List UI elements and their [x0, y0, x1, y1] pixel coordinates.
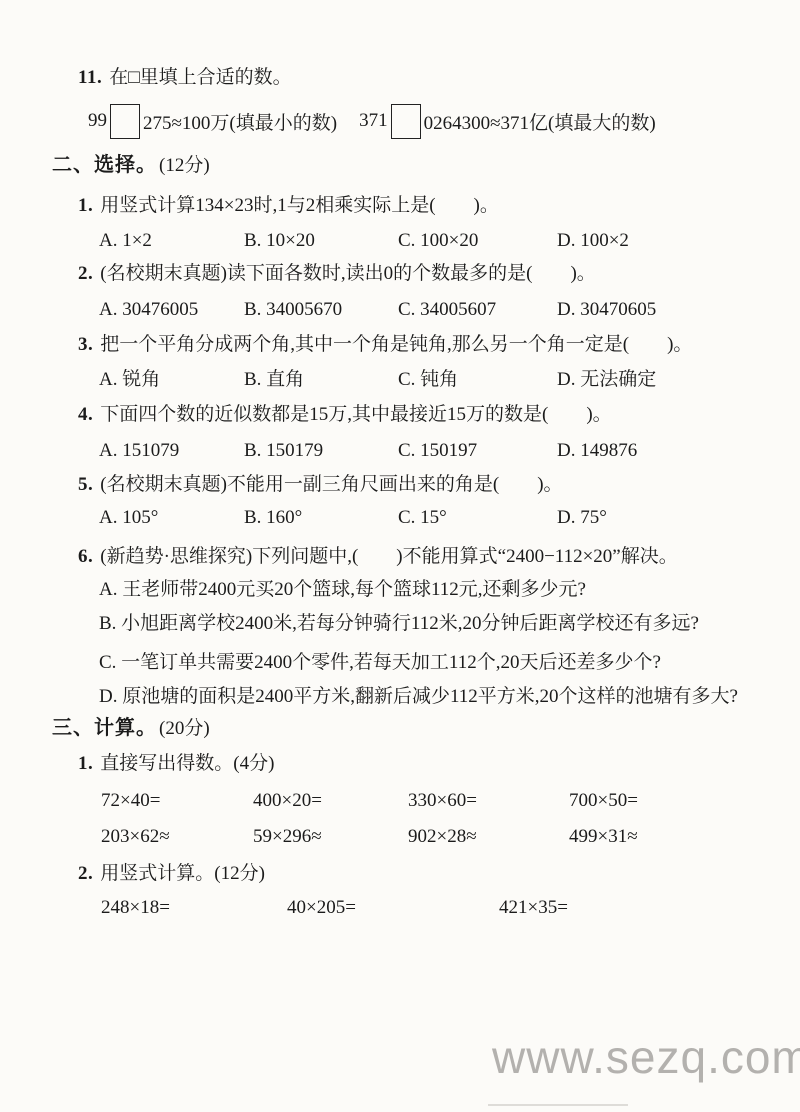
subsection-direct-number: 1.	[78, 753, 93, 774]
question-1-options: A. 1×2 B. 10×20 C. 100×20 D. 100×2	[99, 227, 789, 254]
question-2-option-d: D. 30470605	[557, 296, 656, 323]
section-3-title: 三、计算。	[52, 717, 157, 739]
question-11: 11.在□里填上合适的数。	[78, 64, 292, 91]
question-11-fill-row: 99 275≈100万(填最小的数) 371 0264300≈371亿(填最大的…	[88, 100, 656, 142]
question-3-option-d: D. 无法确定	[557, 366, 656, 393]
question-1-text: 用竖式计算134×23时,1与2相乘实际上是( )。	[100, 195, 499, 216]
calc-item: 421×35=	[499, 894, 568, 921]
calc-item: 72×40=	[101, 787, 160, 814]
question-2-number: 2.	[78, 263, 93, 284]
question-5-options: A. 105° B. 160° C. 15° D. 75°	[99, 504, 789, 531]
question-5-text: (名校期末真题)不能用一副三角尺画出来的角是( )。	[100, 474, 562, 495]
calc-item: 330×60=	[408, 787, 477, 814]
section-2-header: 二、选择。(12分)	[52, 152, 210, 179]
question-4-text: 下面四个数的近似数都是15万,其中最接近15万的数是( )。	[100, 404, 611, 425]
calc-item: 40×205=	[287, 894, 356, 921]
question-5-option-d: D. 75°	[557, 504, 607, 531]
question-3-options: A. 锐角 B. 直角 C. 钝角 D. 无法确定	[99, 366, 789, 393]
fill-left-suffix: 275≈100万(填最小的数)	[143, 108, 337, 135]
question-1: 1.用竖式计算134×23时,1与2相乘实际上是( )。	[78, 192, 499, 219]
question-2-option-b: B. 34005670	[244, 296, 342, 323]
question-5-number: 5.	[78, 474, 93, 495]
calc-item: 700×50=	[569, 787, 638, 814]
fill-right-prefix: 371	[359, 110, 388, 132]
question-5-option-c: C. 15°	[398, 504, 447, 531]
question-5-option-b: B. 160°	[244, 504, 302, 531]
question-3-option-b: B. 直角	[244, 366, 304, 393]
question-6-text: (新趋势·思维探究)下列问题中,( )不能用算式“2400−112×20”解决。	[100, 546, 677, 567]
question-2-text: (名校期末真题)读下面各数时,读出0的个数最多的是( )。	[100, 263, 596, 284]
question-3-text: 把一个平角分成两个角,其中一个角是钝角,那么另一个角一定是( )。	[100, 334, 692, 355]
subsection-direct-title: 1.直接写出得数。(4分)	[78, 750, 274, 777]
question-3-option-a: A. 锐角	[99, 366, 160, 393]
direct-computation-row-1: 72×40= 400×20= 330×60= 700×50=	[101, 787, 791, 814]
question-4: 4.下面四个数的近似数都是15万,其中最接近15万的数是( )。	[78, 401, 612, 428]
question-3-number: 3.	[78, 334, 93, 355]
section-2-title: 二、选择。	[52, 154, 157, 176]
subsection-direct-text: 直接写出得数。(4分)	[100, 753, 274, 774]
question-1-number: 1.	[78, 195, 93, 216]
question-4-number: 4.	[78, 404, 93, 425]
question-4-option-b: B. 150179	[244, 437, 323, 464]
question-4-option-a: A. 151079	[99, 437, 179, 464]
question-6-option-b-text: B. 小旭距离学校2400米,若每分钟骑行112米,20分钟后距离学校还有多远?	[99, 613, 699, 634]
question-6-option-c: C. 一笔订单共需要2400个零件,若每天加工112个,20天后还差多少个?	[99, 649, 661, 676]
calc-item: 59×296≈	[253, 823, 322, 850]
direct-computation-row-2: 203×62≈ 59×296≈ 902×28≈ 499×31≈	[101, 823, 791, 850]
question-6-option-c-text: C. 一笔订单共需要2400个零件,若每天加工112个,20天后还差多少个?	[99, 652, 661, 673]
answer-box-right	[391, 104, 421, 139]
calc-item: 499×31≈	[569, 823, 638, 850]
question-1-option-b: B. 10×20	[244, 227, 315, 254]
question-6-option-b: B. 小旭距离学校2400米,若每分钟骑行112米,20分钟后距离学校还有多远?	[99, 610, 699, 637]
question-1-option-a: A. 1×2	[99, 227, 152, 254]
question-2-option-a: A. 30476005	[99, 296, 198, 323]
question-6-option-a: A. 王老师带2400元买20个篮球,每个篮球112元,还剩多少元?	[99, 576, 586, 603]
question-6-option-d-text: D. 原池塘的面积是2400平方米,翻新后减少112平方米,20个这样的池塘有多…	[99, 686, 738, 707]
question-6-option-a-text: A. 王老师带2400元买20个篮球,每个篮球112元,还剩多少元?	[99, 579, 586, 600]
worksheet-page: 11.在□里填上合适的数。 99 275≈100万(填最小的数) 371 026…	[0, 0, 800, 1112]
calc-item: 203×62≈	[101, 823, 170, 850]
question-1-option-c: C. 100×20	[398, 227, 478, 254]
question-11-number: 11.	[78, 67, 102, 88]
question-4-option-c: C. 150197	[398, 437, 477, 464]
question-3: 3.把一个平角分成两个角,其中一个角是钝角,那么另一个角一定是( )。	[78, 331, 692, 358]
question-6-number: 6.	[78, 546, 93, 567]
fill-right-suffix: 0264300≈371亿(填最大的数)	[424, 108, 656, 135]
question-2: 2.(名校期末真题)读下面各数时,读出0的个数最多的是( )。	[78, 260, 596, 287]
subsection-vertical-text: 用竖式计算。(12分)	[100, 863, 265, 884]
subsection-vertical-title: 2.用竖式计算。(12分)	[78, 860, 265, 887]
section-3-score: (20分)	[159, 718, 210, 739]
question-5: 5.(名校期末真题)不能用一副三角尺画出来的角是( )。	[78, 471, 563, 498]
calc-item: 400×20=	[253, 787, 322, 814]
question-6: 6.(新趋势·思维探究)下列问题中,( )不能用算式“2400−112×20”解…	[78, 543, 678, 570]
question-4-options: A. 151079 B. 150179 C. 150197 D. 149876	[99, 437, 789, 464]
question-3-option-c: C. 钝角	[398, 366, 458, 393]
question-1-option-d: D. 100×2	[557, 227, 629, 254]
question-2-options: A. 30476005 B. 34005670 C. 34005607 D. 3…	[99, 296, 789, 323]
subsection-vertical-number: 2.	[78, 863, 93, 884]
question-4-option-d: D. 149876	[557, 437, 637, 464]
section-2-score: (12分)	[159, 155, 210, 176]
scan-edge-line	[488, 1104, 628, 1106]
calc-item: 248×18=	[101, 894, 170, 921]
watermark: www.sezq.com	[492, 1030, 800, 1084]
calc-item: 902×28≈	[408, 823, 477, 850]
section-3-header: 三、计算。(20分)	[52, 715, 210, 742]
answer-box-left	[110, 104, 140, 139]
question-2-option-c: C. 34005607	[398, 296, 496, 323]
vertical-computation-row: 248×18= 40×205= 421×35=	[101, 894, 791, 921]
question-6-option-d: D. 原池塘的面积是2400平方米,翻新后减少112平方米,20个这样的池塘有多…	[99, 683, 738, 710]
question-11-text: 在□里填上合适的数。	[109, 67, 291, 88]
question-5-option-a: A. 105°	[99, 504, 158, 531]
fill-left-prefix: 99	[88, 110, 107, 132]
